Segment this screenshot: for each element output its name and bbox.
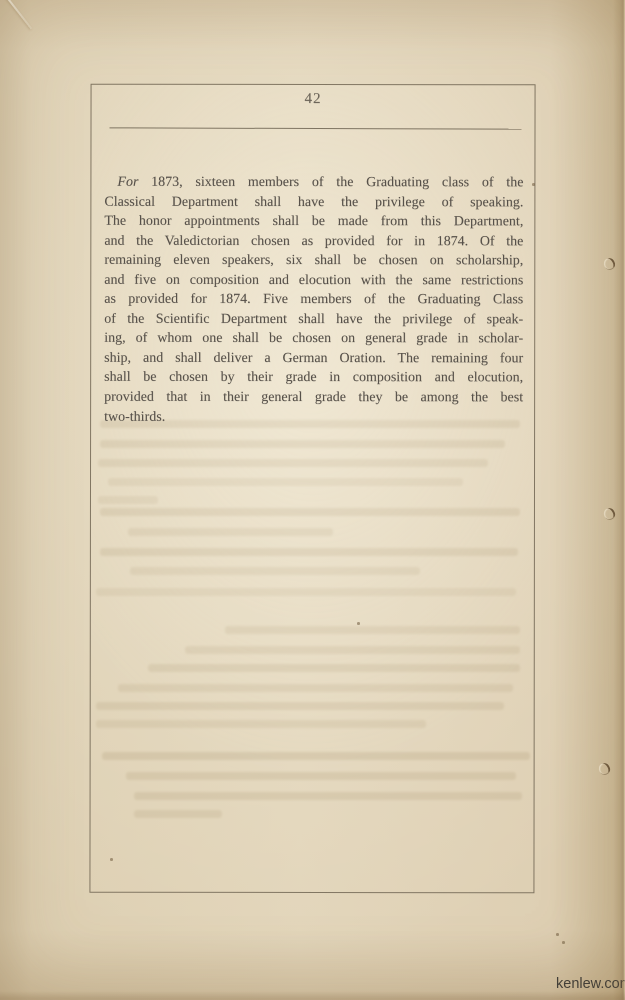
paragraph-line: ing, of whom one shall be chosen on gene… (104, 329, 523, 349)
header-rule (110, 127, 522, 129)
printed-page-frame: 42 For 1873, sixteen members of the Grad… (89, 84, 535, 894)
paper-speck (562, 941, 565, 944)
paper-speck (357, 622, 360, 625)
paragraph-line: two-thirds. (104, 407, 523, 427)
paragraph-line: and the Valedictorian chosen as provided… (104, 231, 523, 251)
binding-hole (602, 256, 617, 272)
binding-hole (597, 761, 612, 777)
paper-speck (556, 933, 559, 936)
page-right-edge-shadow (613, 0, 625, 1000)
paragraph-line: as provided for 1874. Five members of th… (104, 290, 523, 310)
paragraph-line: For 1873, sixteen members of the Graduat… (104, 173, 523, 193)
paragraph-line: and five on composition and elocution wi… (104, 270, 523, 290)
scanned-book-page-photo: 42 For 1873, sixteen members of the Grad… (0, 0, 625, 1000)
paragraph-line: The honor appointments shall be made fro… (104, 212, 523, 232)
page-corner-crease (2, 0, 32, 29)
binding-hole (602, 506, 617, 522)
paragraph-line: remaining eleven speakers, six shall be … (104, 251, 523, 271)
paper-speck (532, 183, 535, 186)
paper-speck (110, 858, 113, 861)
page-number: 42 (92, 91, 535, 109)
paragraph-line: of the Scientific Department shall have … (104, 310, 523, 330)
paragraph-line: Classical Department shall have the priv… (104, 192, 523, 212)
page-bottom-edge-shadow (0, 991, 625, 1000)
paragraph-line: provided that in their general grade the… (104, 388, 523, 408)
paragraph: For 1873, sixteen members of the Graduat… (104, 173, 523, 428)
paragraph-line: ship, and shall deliver a German Oration… (104, 349, 523, 369)
paragraph-line: shall be chosen by their grade in compos… (104, 368, 523, 388)
watermark: kenlew.com (556, 976, 625, 992)
lead-word-italic: For (117, 175, 138, 190)
